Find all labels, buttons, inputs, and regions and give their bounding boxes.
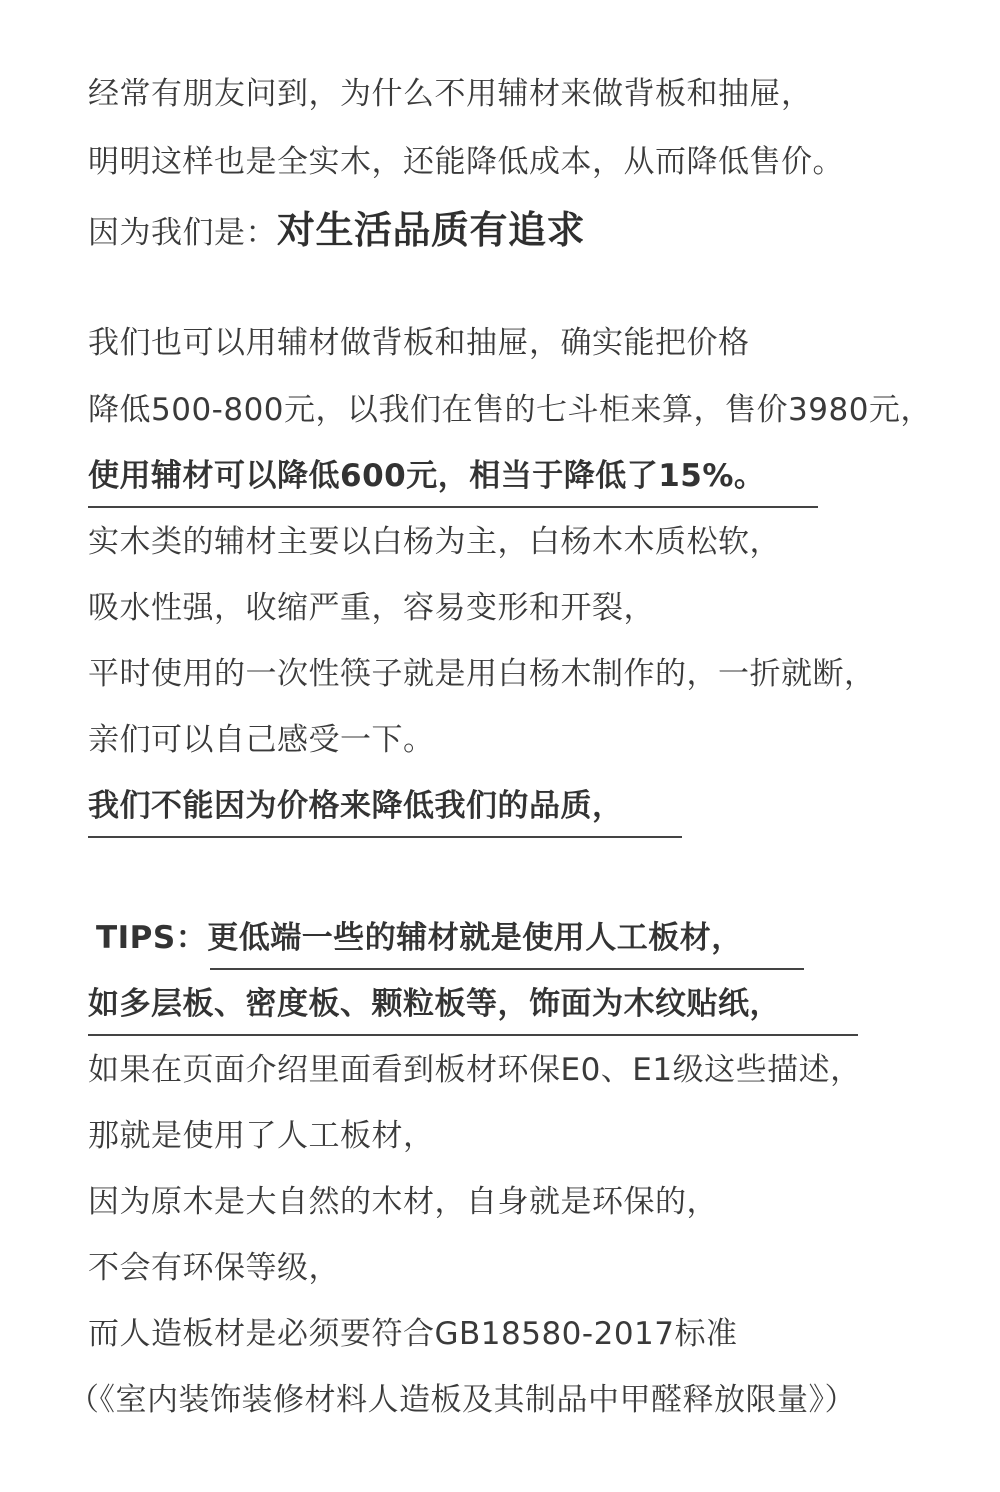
paragraph-line: 明明这样也是全实木，还能降低成本，从而降低售价。: [88, 142, 844, 182]
tips-emphasis: 更低端一些的辅材就是使用人工板材，: [207, 920, 743, 956]
paragraph-line: 经常有朋友问到，为什么不用辅材来做背板和抽屉，: [88, 74, 813, 114]
paragraph-line: 我们也可以用辅材做背板和抽屉，确实能把价格: [88, 323, 750, 363]
headline-emphasis: 对生活品质有追求: [277, 208, 585, 252]
tips-line: TIPS：更低端一些的辅材就是使用人工板材，: [96, 918, 743, 958]
paragraph-line: 降低500-800元，以我们在售的七斗柜来算，售价3980元，: [88, 390, 932, 430]
paragraph-line: 亲们可以自己感受一下。: [88, 720, 435, 760]
paragraph-line: 吸水性强，收缩严重，容易变形和开裂，: [88, 588, 655, 628]
emphasis-line: 如多层板、密度板、颗粒板等，饰面为木纹贴纸，: [88, 984, 781, 1024]
underline-divider: [210, 968, 804, 970]
paragraph-line: （《室内装饰装修材料人造板及其制品中甲醛释放限量》）: [68, 1380, 856, 1420]
paragraph-line: 不会有环保等级，: [88, 1248, 340, 1288]
paragraph-line: 实木类的辅材主要以白杨为主，白杨木木质松软，: [88, 522, 781, 562]
paragraph-line: 如果在页面介绍里面看到板材环保E0、E1级这些描述，: [88, 1050, 862, 1090]
headline-prefix: 因为我们是：: [88, 215, 277, 251]
headline-line: 因为我们是：对生活品质有追求: [88, 210, 585, 253]
tips-label: TIPS：: [96, 920, 207, 956]
paragraph-line: 那就是使用了人工板材，: [88, 1116, 435, 1156]
paragraph-line: 平时使用的一次性筷子就是用白杨木制作的，一折就断，: [88, 654, 876, 694]
emphasis-line: 我们不能因为价格来降低我们的品质，: [88, 786, 624, 826]
underline-divider: [88, 836, 682, 838]
paragraph-line: 因为原木是大自然的木材，自身就是环保的，: [88, 1182, 718, 1222]
emphasis-line: 使用辅材可以降低600元，相当于降低了15%。: [88, 456, 765, 496]
underline-divider: [88, 1034, 858, 1036]
paragraph-line: 而人造板材是必须要符合GB18580-2017标准: [88, 1314, 737, 1354]
underline-divider: [88, 506, 818, 508]
